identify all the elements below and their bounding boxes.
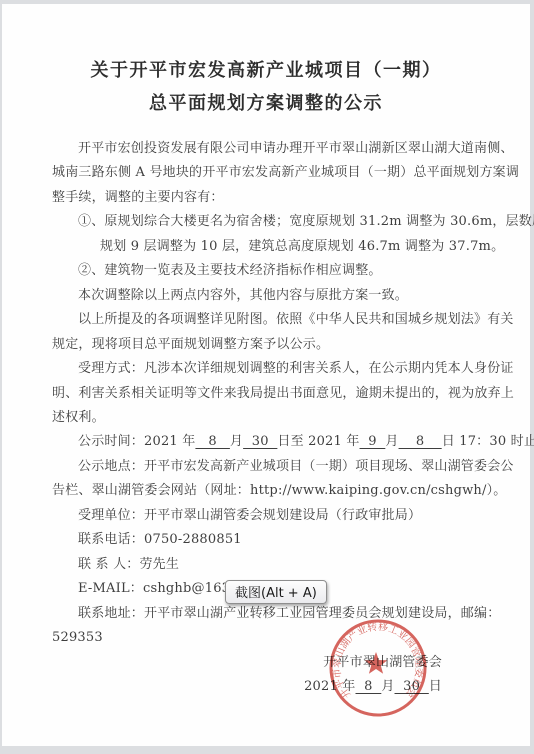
document-line: 规定，现将项目总平面规划调整方案予以公示。 — [52, 333, 498, 357]
document-line: 公示时间：2021 年 8 月 30 日至 2021 年 9 月 8 日 17：… — [52, 430, 498, 454]
text-segment: 月 — [385, 434, 398, 449]
document-line: 受理方式：凡涉本次详细规划调整的利害关系人，在公示期内凭本人身份证 — [52, 357, 498, 381]
document-line: 规划 9 层调整为 10 层，建筑总高度原规划 46.7m 调整为 37.7m。 — [52, 235, 498, 259]
document-line: 述权利。 — [52, 406, 498, 430]
text-segment: 日至 2021 年 — [277, 434, 359, 449]
seal-star-icon — [365, 652, 388, 674]
underlined-field: 30 — [243, 434, 277, 449]
document-line: 联 系 人：劳先生 — [52, 553, 498, 577]
document-title-line-2: 总平面规划方案调整的公示 — [2, 89, 530, 115]
document-line: 整手续，调整的主要内容有： — [52, 186, 498, 210]
document-line: 受理单位：开平市翠山湖管委会规划建设局（行政审批局） — [52, 504, 498, 528]
document-line: 公示地点：开平市宏发高新产业城项目（一期）项目现场、翠山湖管委会公 — [52, 455, 498, 479]
document-line: ①、原规划综合大楼更名为宿舍楼；宽度原规划 31.2m 调整为 30.6m，层数… — [52, 210, 498, 234]
document-line: 明、利害关系相关证明等文件来我局提出书面意见，逾期未提出的，视为放弃上 — [52, 382, 498, 406]
document-line: 开平市宏创投资发展有限公司申请办理开平市翠山湖新区翠山湖大道南侧、 — [52, 137, 498, 161]
text-segment: 公示时间：2021 年 — [78, 434, 195, 449]
official-seal: 开平市翠山湖产业转移工业园管理委员会 — [316, 606, 440, 730]
text-segment: 日 17：30 时止。 — [442, 434, 534, 449]
document-title-line-1: 关于开平市宏发高新产业城项目（一期） — [2, 56, 530, 82]
document-line: 本次调整除以上两点内容外，其他内容与原批方案一致。 — [52, 284, 498, 308]
underlined-field: 8 — [399, 434, 442, 449]
document-line: 以上所提及的各项调整详见附图。依照《中华人民共和国城乡规划法》有关 — [52, 308, 498, 332]
document-line: 告栏、翠山湖管委会网站（网址：http://www.kaiping.gov.cn… — [52, 479, 498, 503]
document-line: 联系电话：0750-2880851 — [52, 528, 498, 552]
underlined-field: 8 — [195, 434, 229, 449]
document-line: ②、建筑物一览表及主要技术经济指标作相应调整。 — [52, 259, 498, 283]
document-line: 城南三路东侧 A 号地块的开平市宏发高新产业城项目（一期）总平面规划方案调 — [52, 161, 498, 185]
underlined-field: 9 — [360, 434, 386, 449]
document-page: 关于开平市宏发高新产业城项目（一期） 总平面规划方案调整的公示 开平市宏创投资发… — [2, 4, 530, 746]
screenshot-tooltip: 截图(Alt + A) — [225, 580, 327, 604]
text-segment: 月 — [230, 434, 243, 449]
